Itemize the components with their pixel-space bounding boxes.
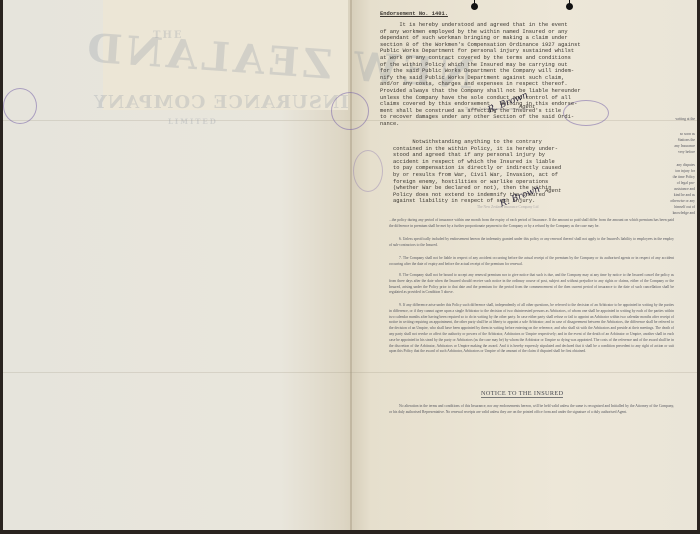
purple-stamp-faint <box>353 150 383 192</box>
notice-heading: NOTICE TO THE INSURED <box>481 390 563 398</box>
faint-stamp-text: The New Zealand Insurance Company Ltd <box>465 107 526 111</box>
punch-hole <box>471 3 478 10</box>
condition-9: 9. If any difference arise under this Po… <box>389 303 674 355</box>
margin-text: knowledge and <box>655 211 695 217</box>
faint-stamp-text-2: The New Zealand Insurance Company Ltd <box>477 205 538 209</box>
margin-text: ion injury for <box>655 169 695 175</box>
margin-text: Stations the <box>655 138 695 144</box>
margin-text: any Insurance <box>655 144 695 150</box>
condition-6: 6. Unless specifically included by endor… <box>389 237 674 249</box>
condition-8: 8. The Company shall not be bound to acc… <box>389 273 674 296</box>
horizontal-fold-lower <box>3 372 697 373</box>
endorsement-title: Endorsement No. 1401. <box>380 11 448 18</box>
notice-body: No alteration in the terms and condition… <box>389 404 674 416</box>
margin-text: assistance and <box>655 187 695 193</box>
margin-text: of legal pro- <box>655 181 695 187</box>
margin-text: kind he and as <box>655 193 695 199</box>
margin-text: writing at the <box>655 117 695 123</box>
margin-text: himself out of <box>655 205 695 211</box>
watermark-insurance-company: INSURANCE COMPANY <box>93 92 349 113</box>
punch-hole <box>566 3 573 10</box>
endorsement-1-body: It is hereby understood and agreed that … <box>380 22 581 128</box>
margin-text: so soon as <box>655 132 695 138</box>
condition-7: 7. The Company shall not be liable in re… <box>389 256 674 268</box>
document-spread: THE NEW ZEALAND INSURANCE COMPANY LIMITE… <box>3 0 697 530</box>
margin-text: otherwise or any <box>655 199 695 205</box>
purple-stamp <box>331 92 369 130</box>
signature-2-agent: Agent <box>545 188 561 195</box>
condition-5-tail: ...the policy during any period of insur… <box>389 218 674 230</box>
margin-text: the time Policy <box>655 175 695 181</box>
margin-text: any disputes <box>655 163 695 169</box>
watermark-limited: LIMITED <box>168 117 218 126</box>
purple-stamp-left <box>3 88 37 124</box>
margin-text: very before <box>655 150 695 156</box>
